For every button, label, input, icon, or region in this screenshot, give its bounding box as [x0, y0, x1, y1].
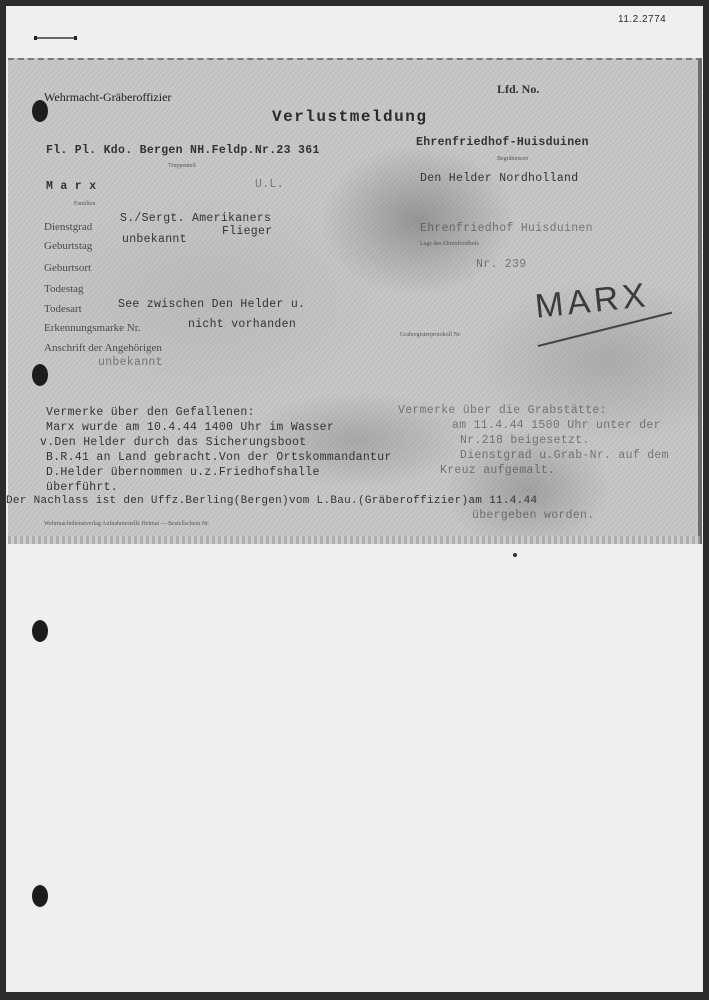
dienstgrad-label: Dienstgrad	[44, 221, 92, 233]
unit-label: Truppenteil	[168, 163, 196, 169]
right-cemetery-value: Ehrenfriedhof Huisduinen	[420, 222, 593, 235]
cemetery-value: Ehrenfriedhof-Huisduinen	[416, 136, 589, 149]
fallen-note-line: v.Den Helder durch das Sicherungsboot	[40, 436, 306, 449]
dienstgrad-value: S./Sergt. Amerikaners	[120, 212, 271, 225]
surname-value: M a r x	[46, 180, 96, 193]
fallen-notes-heading: Vermerke über den Gefallenen:	[46, 406, 255, 419]
grave-note-line: Dienstgrad u.Grab-Nr. auf dem	[460, 449, 669, 462]
burial-place-label: Begräbnisort	[497, 156, 528, 162]
scan-frame	[0, 992, 709, 1000]
estate-line: übergeben worden.	[472, 509, 594, 522]
todestag-label: Todestag	[44, 283, 84, 295]
ink-speck	[513, 553, 517, 557]
footer-print: Wehrmachtdienstverlag Aufnahmestelle Hei…	[44, 521, 209, 527]
document-title: Verlustmeldung	[272, 108, 427, 126]
location-value: Den Helder Nordholland	[420, 172, 578, 185]
todesart-value: See zwischen Den Helder u.	[118, 298, 305, 311]
fallen-note-line: Marx wurde am 10.4.44 1400 Uhr im Wasser	[46, 421, 334, 434]
grave-notes-heading: Vermerke über die Grabstätte:	[398, 404, 607, 417]
anschrift-label: Anschrift der Angehörigen	[44, 342, 162, 354]
right-field-label: Lage des Ehrenfriedhofs	[420, 241, 479, 247]
protocol-label: Grabregisterprotokoll Nr.	[400, 332, 461, 338]
punch-hole-icon	[32, 620, 48, 642]
todesart-label: Todesart	[44, 303, 82, 315]
lfd-no-label: Lfd. No.	[497, 82, 539, 97]
geburtstag-value: unbekannt	[122, 233, 187, 246]
unit-value: Fl. Pl. Kdo. Bergen NH.Feldp.Nr.23 361	[46, 144, 320, 157]
archive-number: 11.2.2774	[618, 14, 666, 25]
fallen-note-line: D.Helder übernommen u.z.Friedhofshalle	[46, 466, 320, 479]
punch-hole-icon	[32, 364, 48, 386]
erkennungsmarke-value: nicht vorhanden	[188, 318, 296, 331]
grave-note-line: am 11.4.44 1500 Uhr unter der	[452, 419, 661, 432]
fallen-note-line: B.R.41 an Land gebracht.Von der Ortskomm…	[46, 451, 392, 464]
anschrift-value: unbekannt	[98, 356, 163, 369]
surname-label: Familien	[74, 201, 95, 207]
staple-mark	[36, 37, 76, 39]
name-suffix: U.L.	[255, 178, 284, 191]
grave-note-line: Nr.218 beigesetzt.	[460, 434, 590, 447]
dienstgrad-value-2: Flieger	[222, 225, 272, 238]
grave-number: Nr. 239	[476, 258, 526, 271]
grave-note-line: Kreuz aufgemalt.	[440, 464, 555, 477]
geburtsort-label: Geburtsort	[44, 262, 91, 274]
geburtstag-label: Geburtstag	[44, 240, 92, 252]
estate-line: Der Nachlass ist den Uffz.Berling(Bergen…	[6, 495, 537, 507]
organization-heading: Wehrmacht-Gräberoffizier	[44, 90, 171, 105]
punch-hole-icon	[32, 885, 48, 907]
fallen-note-line: überführt.	[46, 481, 118, 494]
card-edge	[8, 536, 700, 544]
erkennungsmarke-label: Erkennungsmarke Nr.	[44, 322, 141, 334]
